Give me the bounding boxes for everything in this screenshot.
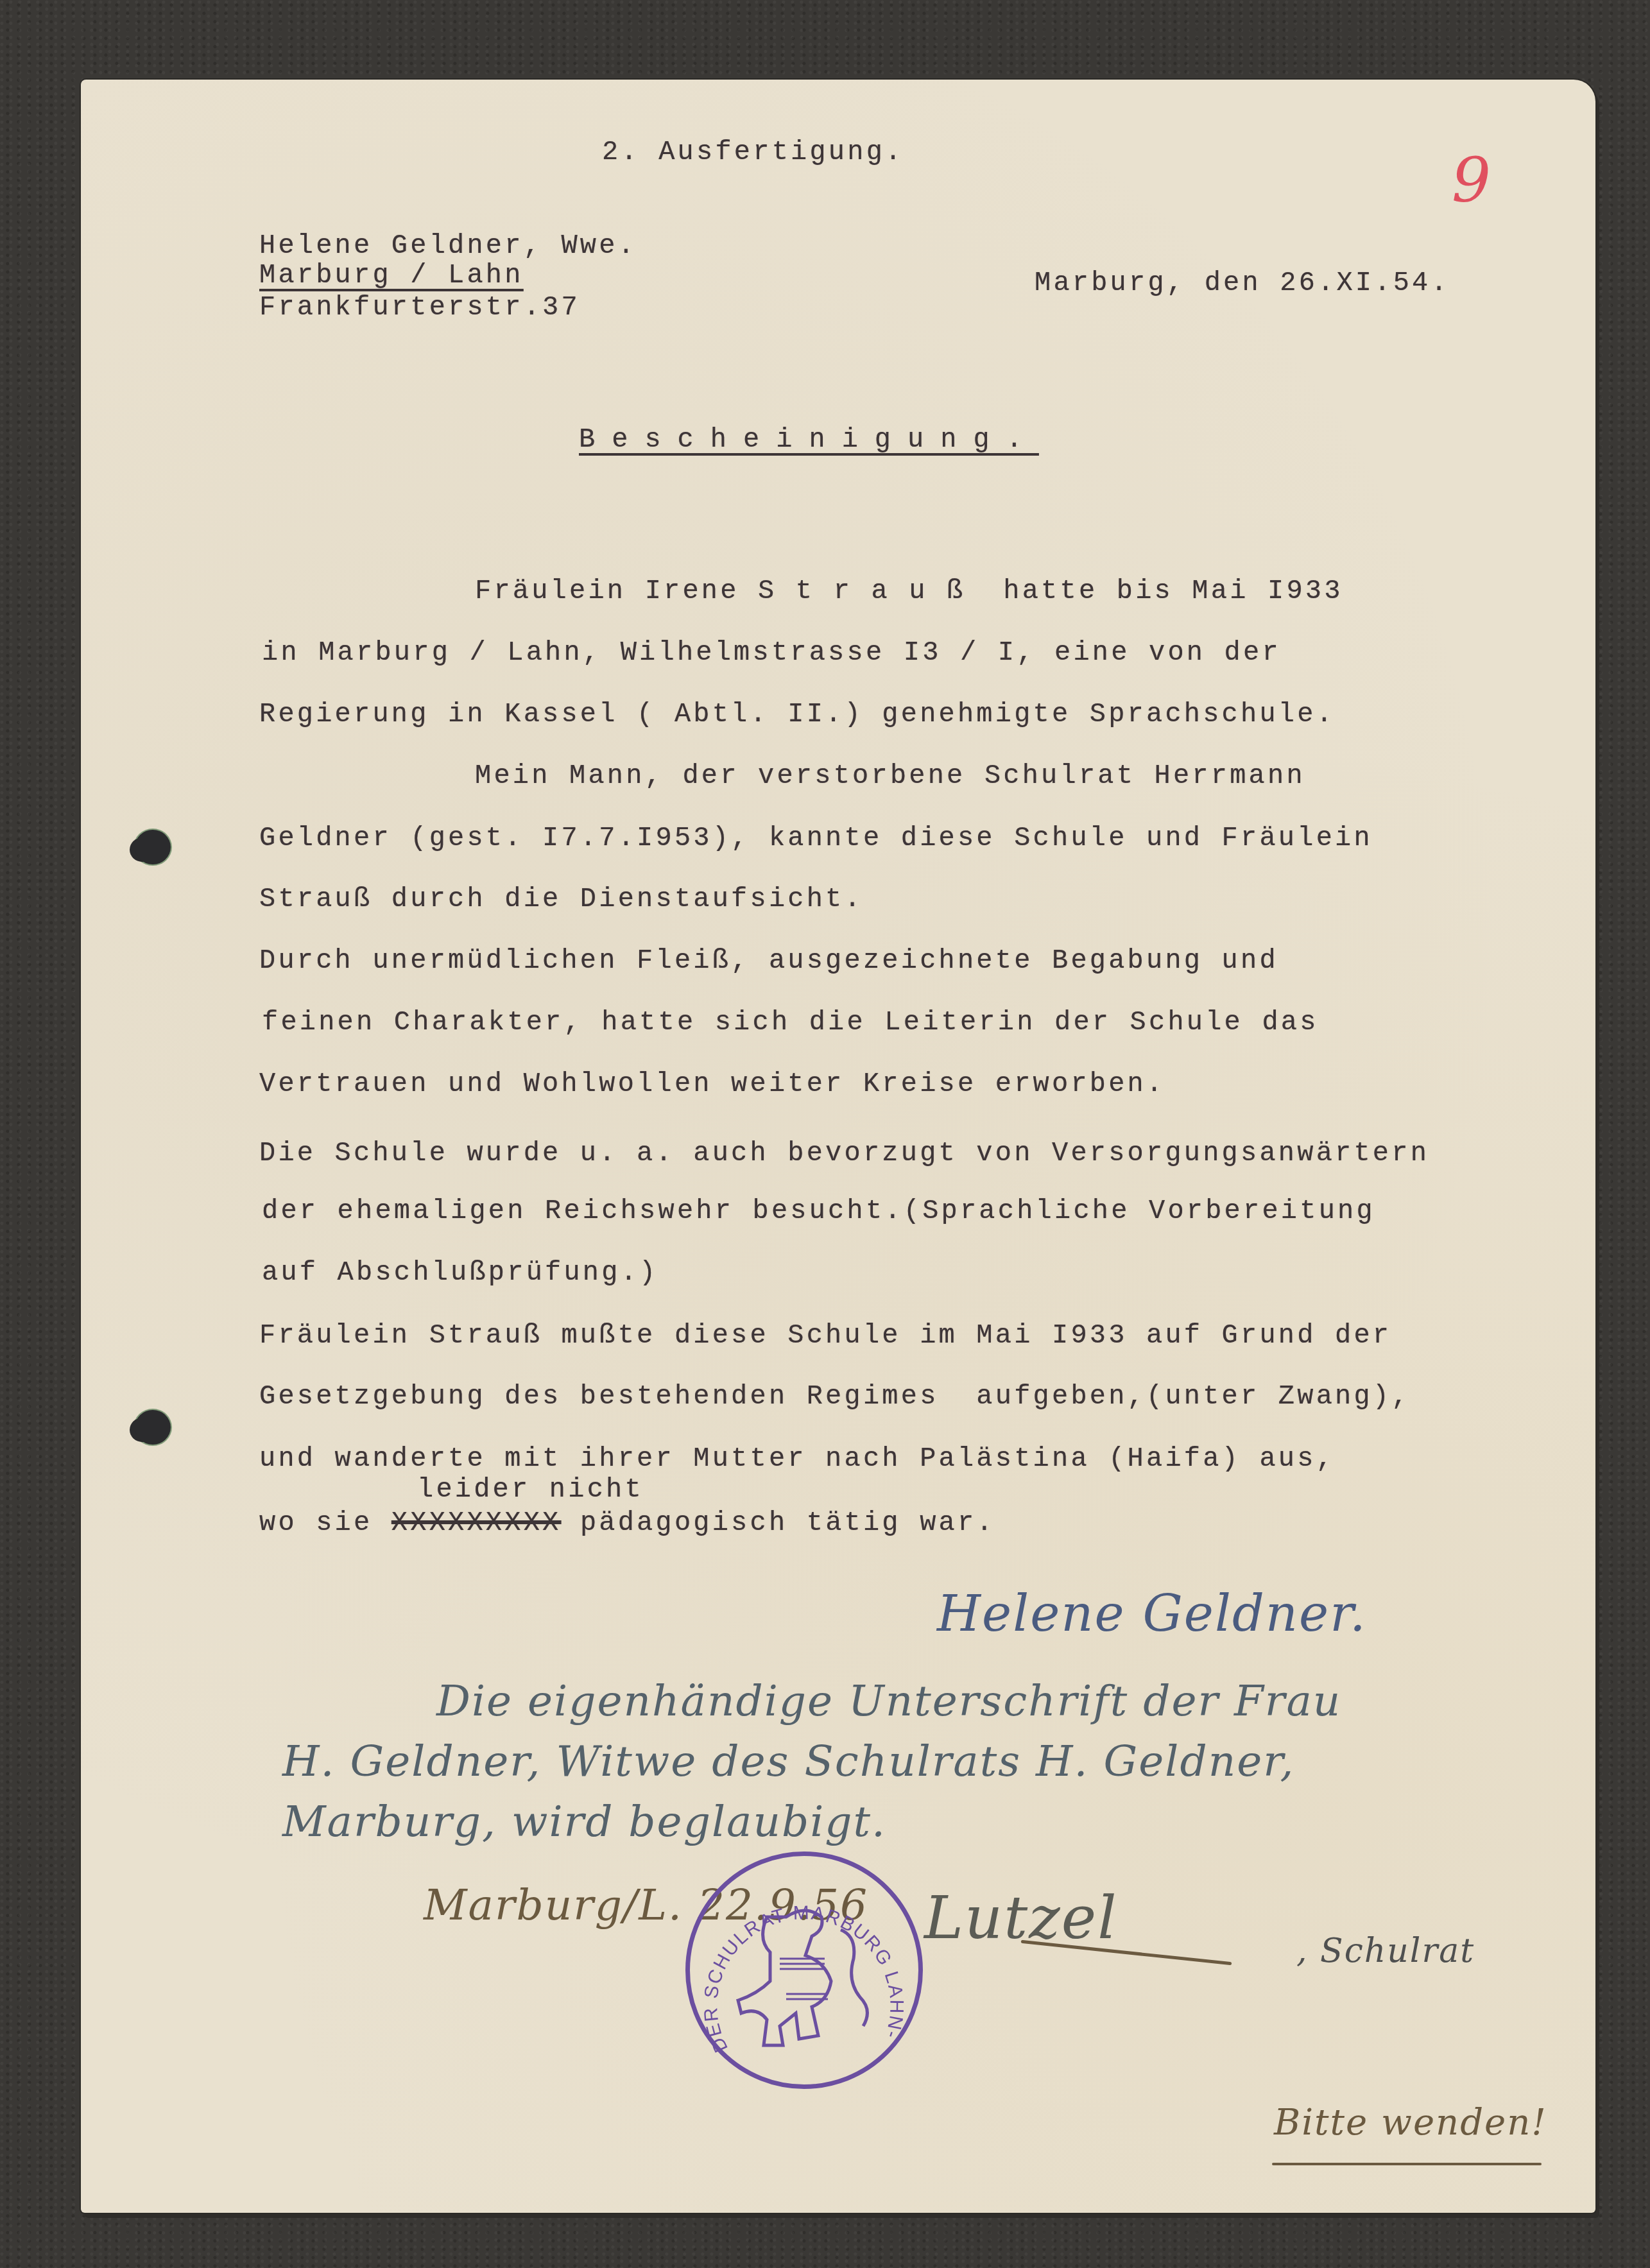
official-stamp: DER SCHULRAT MARBURG LAHN-OST <box>685 1851 923 2089</box>
body-line: Fräulein Irene S t r a u ß hatte bis Mai… <box>475 578 1343 605</box>
body-line: der ehemaligen Reichswehr besucht.(Sprac… <box>262 1198 1375 1224</box>
footer-note: Bitte wenden! <box>1274 2102 1547 2143</box>
certification-line: Marburg, wird beglaubigt. <box>282 1797 886 1846</box>
punch-hole <box>135 1410 171 1445</box>
certification-line: H. Geldner, Witwe des Schulrats H. Geldn… <box>282 1737 1295 1786</box>
copy-label: 2. Ausfertigung. <box>602 139 904 166</box>
insertion-text: leider nicht <box>417 1476 644 1503</box>
body-line: in Marburg / Lahn, Wilhelmstrasse I3 / I… <box>262 639 1281 666</box>
body-line: Strauß durch die Dienstaufsicht. <box>259 886 863 913</box>
body-line: feinen Charakter, hatte sich die Leiteri… <box>262 1009 1319 1036</box>
body-line: und wanderte mit ihrer Mutter nach Paläs… <box>259 1445 1335 1472</box>
body-line: Durch unermüdlichen Fleiß, ausgezeichnet… <box>259 947 1278 974</box>
struck-text: XXXXXXXXX <box>391 1508 562 1538</box>
official-title: , Schulrat <box>1296 1932 1475 1970</box>
last-line: wo sie XXXXXXXXX pädagogisch tätig war. <box>259 1509 995 1536</box>
sender-name: Helene Geldner, Wwe. <box>259 232 637 259</box>
body-line: Fräulein Strauß mußte diese Schule im Ma… <box>259 1322 1391 1349</box>
lion-crest-icon: DER SCHULRAT MARBURG LAHN-OST <box>690 1856 918 2084</box>
last-line-suffix: pädagogisch tätig war. <box>561 1508 995 1538</box>
handwritten-signature: Helene Geldner. <box>937 1585 1367 1643</box>
sender-city: Marburg / Lahn <box>259 262 524 289</box>
folio-number: 9 <box>1452 144 1491 216</box>
sender-street: Frankfurterstr.37 <box>259 294 580 321</box>
certification-line: Die eigenhändige Unterschrift der Frau <box>436 1676 1341 1726</box>
place-date: Marburg, den 26.XI.54. <box>1035 270 1450 296</box>
body-line: Vertrauen und Wohlwollen weiter Kreise e… <box>259 1070 1165 1097</box>
last-line-prefix: wo sie <box>259 1508 391 1538</box>
body-line: Geldner (gest. I7.7.I953), kannte diese … <box>259 825 1373 852</box>
body-line: Mein Mann, der verstorbene Schulrat Herr… <box>475 762 1305 789</box>
body-line: Regierung in Kassel ( Abtl. II.) genehmi… <box>259 701 1335 728</box>
document-title: Bescheinigung. <box>579 426 1039 453</box>
body-line: auf Abschlußprüfung.) <box>262 1259 658 1286</box>
footer-underline <box>1272 2163 1542 2165</box>
body-line: Gesetzgebung des bestehenden Regimes auf… <box>259 1383 1411 1410</box>
body-line: Die Schule wurde u. a. auch bevorzugt vo… <box>259 1140 1429 1167</box>
punch-hole <box>135 830 171 864</box>
